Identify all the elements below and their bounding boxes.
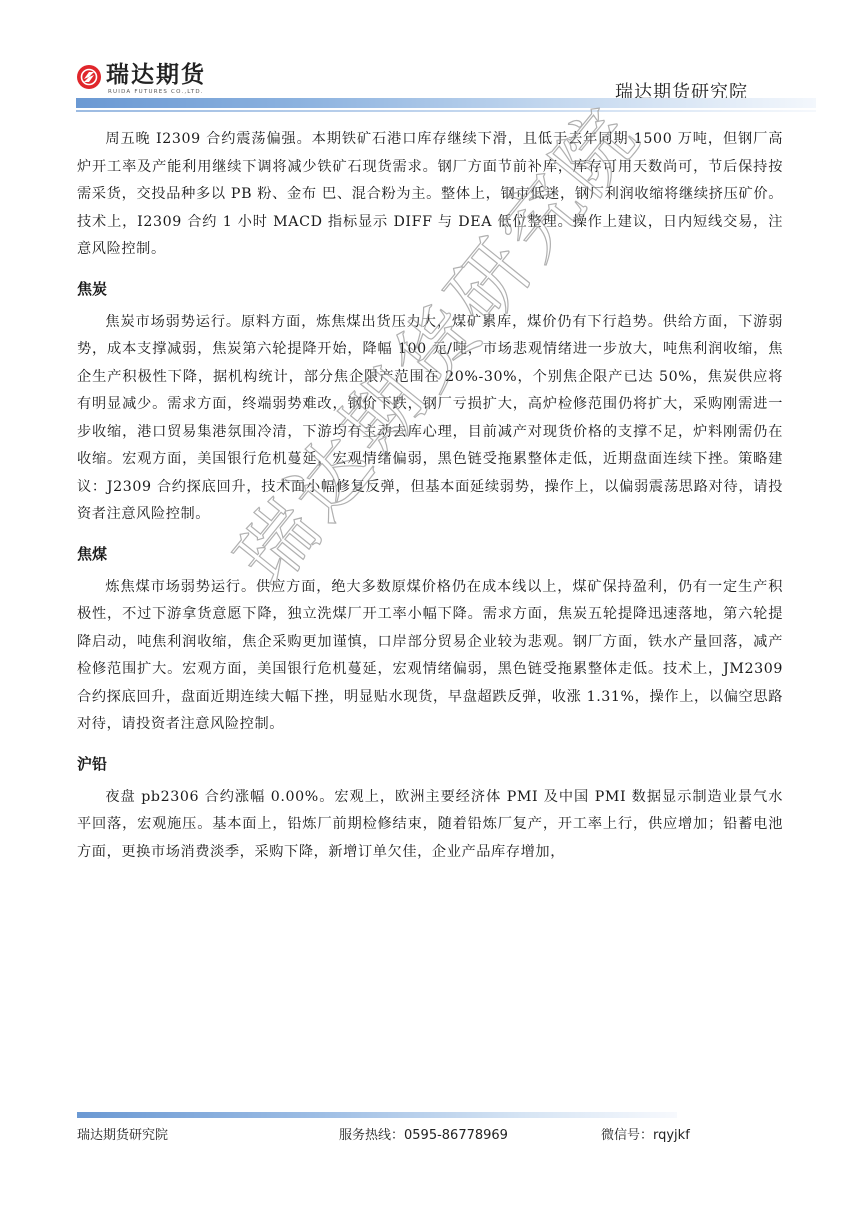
logo-english-name: RUIDA FUTURES CO.,LTD. <box>108 88 206 96</box>
company-logo: 瑞达期货 RUIDA FUTURES CO.,LTD. <box>76 62 206 102</box>
header-divider-thin <box>76 110 816 112</box>
footer-institute-name: 瑞达期货研究院 <box>77 1124 168 1143</box>
footer-wechat: 微信号：rqyjkf <box>601 1124 690 1143</box>
section-lead-paragraph: 夜盘 pb2306 合约涨幅 0.00%。宏观上，欧洲主要经济体 PMI 及中国… <box>77 784 783 867</box>
section-iron-ore-paragraph: 周五晚 I2309 合约震荡偏强。本期铁矿石港口库存继续下滑，且低于去年同期 1… <box>77 126 783 264</box>
section-coking-coal-paragraph: 炼焦煤市场弱势运行。供应方面，绝大多数原煤价格仍在成本线以上，煤矿保持盈利，仍有… <box>77 574 783 739</box>
ruida-logo-icon <box>76 64 102 90</box>
page-header: 瑞达期货 RUIDA FUTURES CO.,LTD. 瑞达期货研究院 <box>76 58 800 118</box>
logo-chinese-name: 瑞达期货 <box>106 62 206 88</box>
section-coke-paragraph: 焦炭市场弱势运行。原料方面，炼焦煤出货压力大，煤矿累库，煤价仍有下行趋势。供给方… <box>77 309 783 529</box>
report-page: 瑞达期货 RUIDA FUTURES CO.,LTD. 瑞达期货研究院 周五晚 … <box>0 0 860 1217</box>
footer-divider-bar <box>77 1112 677 1118</box>
section-title-coking-coal: 焦煤 <box>77 541 783 568</box>
report-body: 周五晚 I2309 合约震荡偏强。本期铁矿石港口库存继续下滑，且低于去年同期 1… <box>77 126 783 866</box>
section-title-coke: 焦炭 <box>77 276 783 303</box>
section-title-lead: 沪铅 <box>77 751 783 778</box>
footer-hotline: 服务热线：0595-86778969 <box>339 1124 508 1143</box>
page-footer: 瑞达期货研究院 服务热线：0595-86778969 微信号：rqyjkf <box>77 1124 777 1148</box>
header-divider-bar <box>76 98 816 108</box>
